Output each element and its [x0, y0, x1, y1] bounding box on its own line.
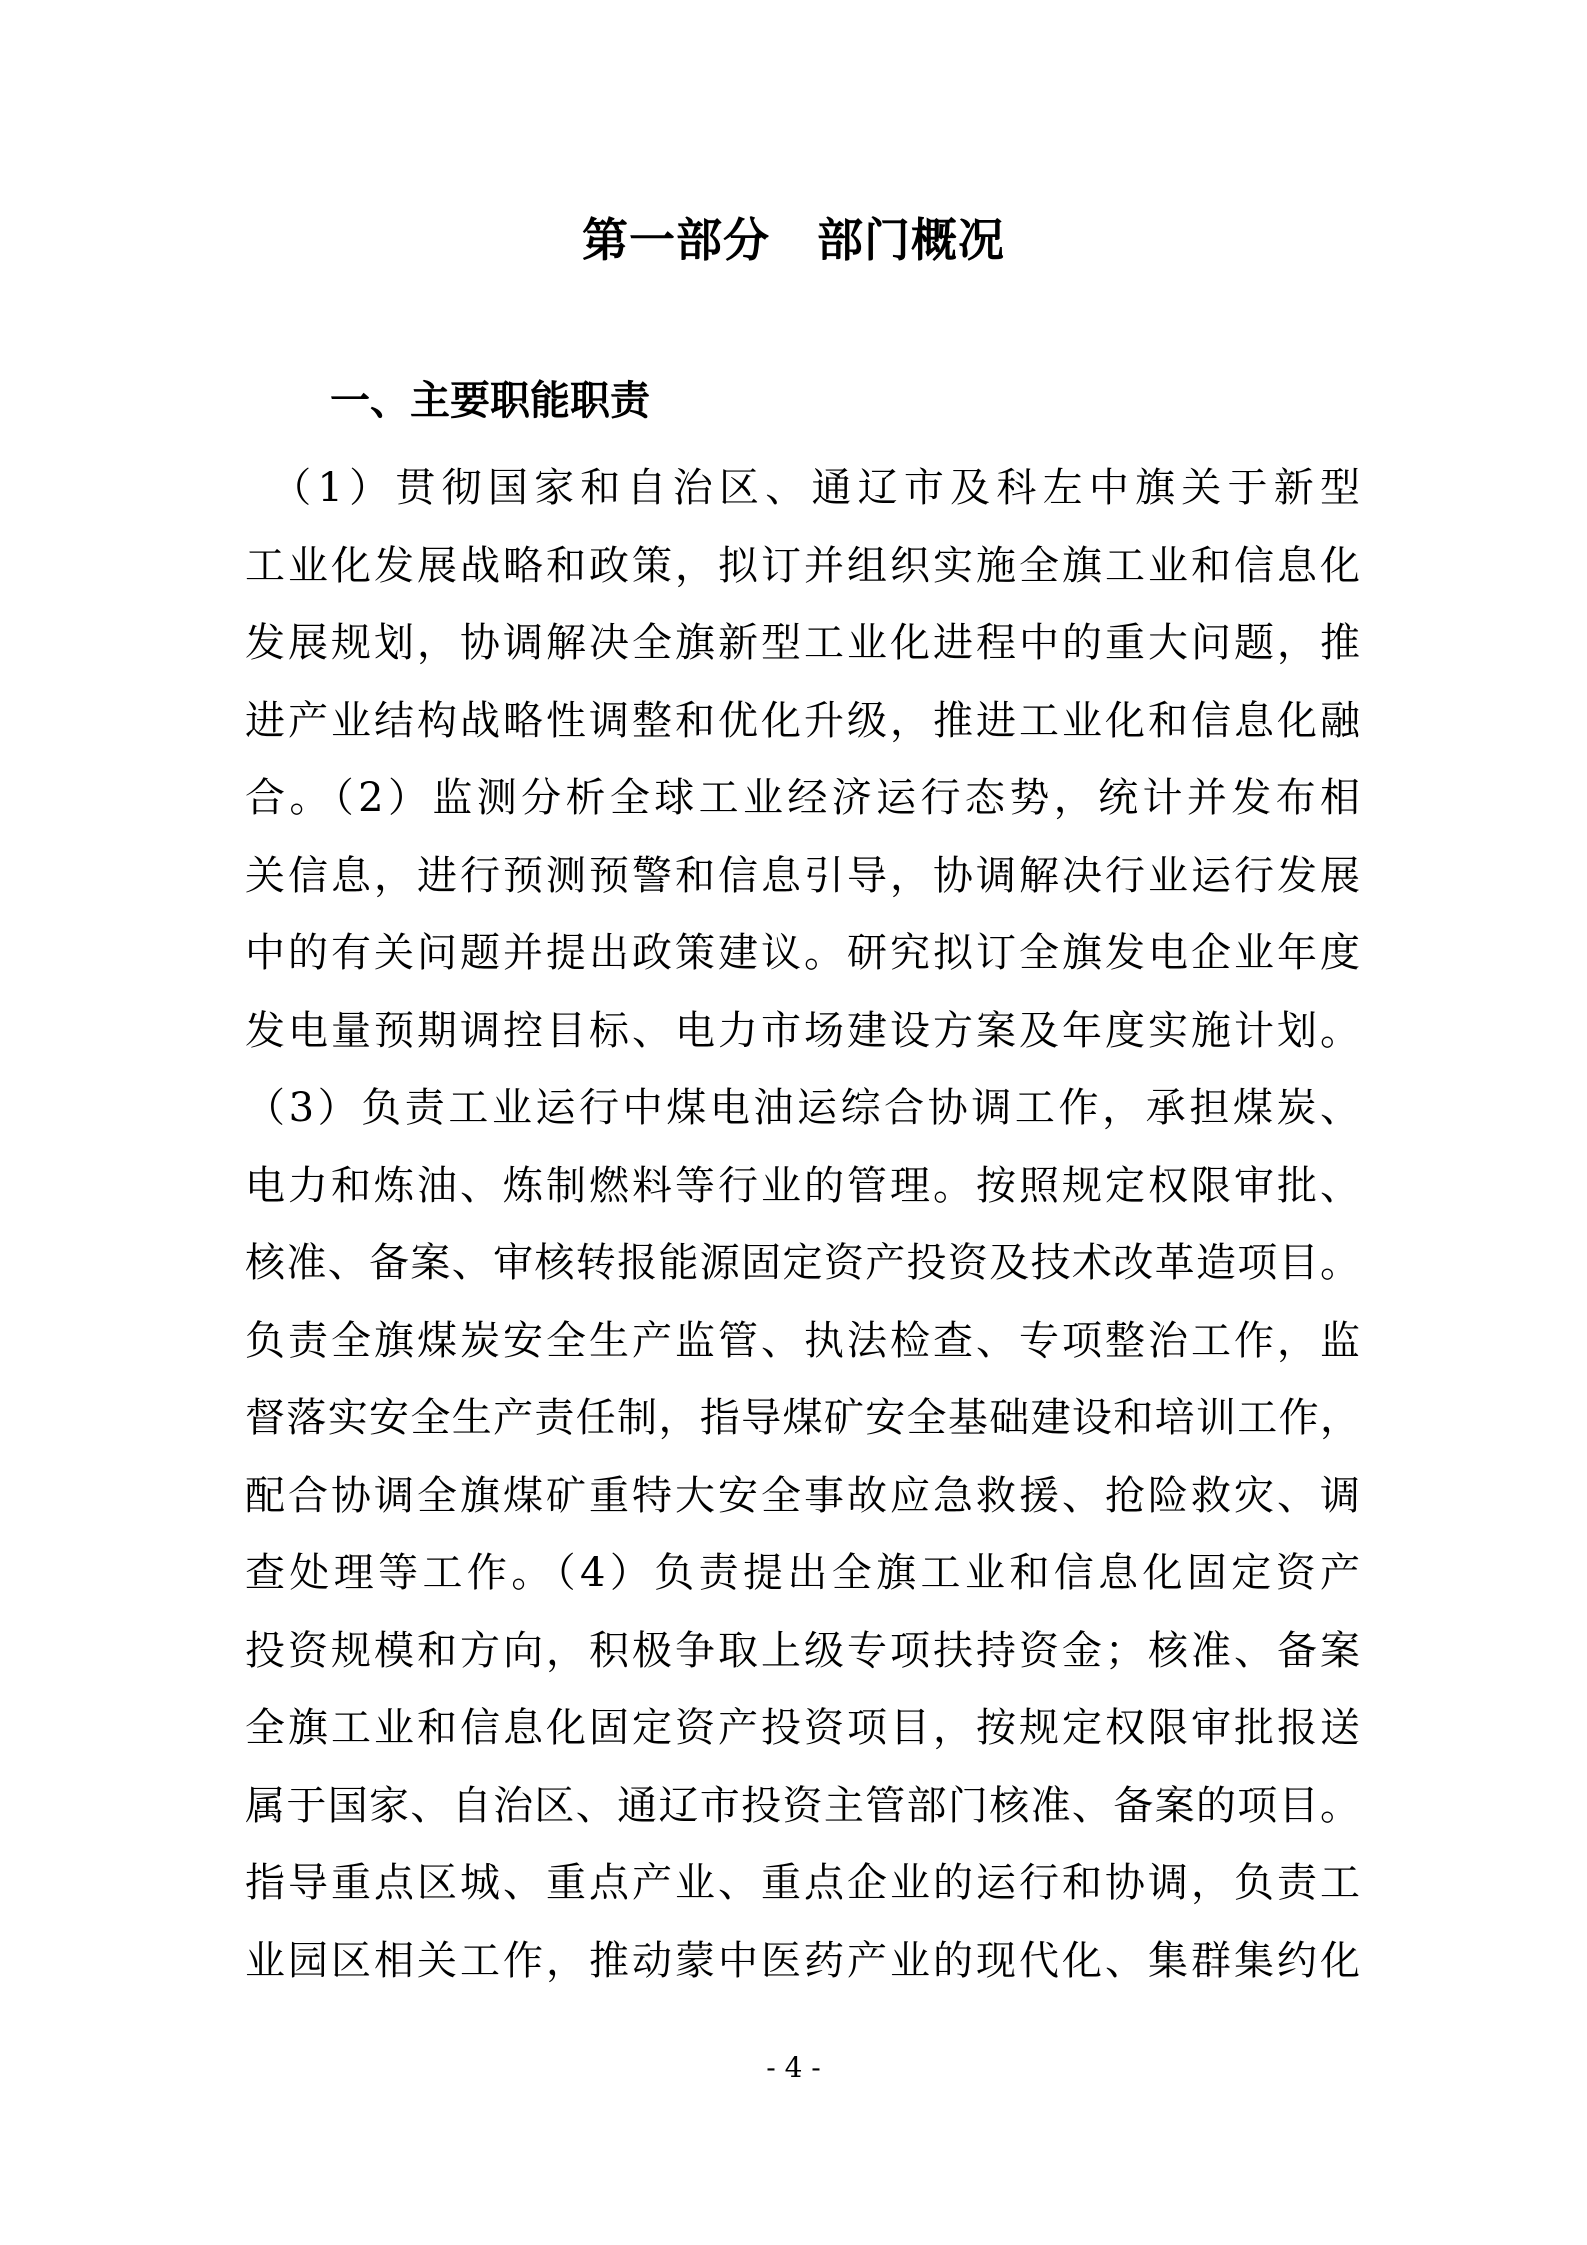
- body-line: 工业化发展战略和政策，拟订并组织实施全旗工业和信息化: [245, 536, 1360, 614]
- body-line: 业园区相关工作，推动蒙中医药产业的现代化、集群集约化: [245, 1931, 1360, 2009]
- body-line: 核准、备案、审核转报能源固定资产投资及技术改革造项目。: [245, 1233, 1360, 1311]
- body-line: 投资规模和方向，积极争取上级专项扶持资金；核准、备案: [245, 1621, 1360, 1699]
- page-number: - 4 -: [0, 2048, 1587, 2088]
- body-line: 指导重点区城、重点产业、重点企业的运行和协调，负责工: [245, 1853, 1360, 1931]
- body-paragraph: （1）贯彻国家和自治区、通辽市及科左中旗关于新型 工业化发展战略和政策，拟订并组…: [245, 458, 1360, 2008]
- body-line: 电力和炼油、炼制燃料等行业的管理。按照规定权限审批、: [245, 1156, 1360, 1234]
- body-line: 负责全旗煤炭安全生产监管、执法检查、专项整治工作，监: [245, 1311, 1360, 1389]
- body-line: 查处理等工作。（4）负责提出全旗工业和信息化固定资产: [245, 1543, 1360, 1621]
- body-line: 督落实安全生产责任制，指导煤矿安全基础建设和培训工作，: [245, 1388, 1360, 1466]
- body-line: 关信息，进行预测预警和信息引导，协调解决行业运行发展: [245, 846, 1360, 924]
- page-title: 第一部分 部门概况: [0, 212, 1587, 268]
- section-heading: 一、主要职能职责: [330, 376, 650, 426]
- body-line: 属于国家、自治区、通辽市投资主管部门核准、备案的项目。: [245, 1776, 1360, 1854]
- body-line: 发展规划，协调解决全旗新型工业化进程中的重大问题，推: [245, 613, 1360, 691]
- body-line: 全旗工业和信息化固定资产投资项目，按规定权限审批报送: [245, 1698, 1360, 1776]
- body-line: 中的有关问题并提出政策建议。研究拟订全旗发电企业年度: [245, 923, 1360, 1001]
- body-line: 配合协调全旗煤矿重特大安全事故应急救援、抢险救灾、调: [245, 1466, 1360, 1544]
- body-line: 合。（2）监测分析全球工业经济运行态势，统计并发布相: [245, 768, 1360, 846]
- body-line: （1）贯彻国家和自治区、通辽市及科左中旗关于新型: [245, 458, 1360, 536]
- body-line: （3）负责工业运行中煤电油运综合协调工作，承担煤炭、: [245, 1078, 1360, 1156]
- body-line: 发电量预期调控目标、电力市场建设方案及年度实施计划。: [245, 1001, 1360, 1079]
- body-line: 进产业结构战略性调整和优化升级，推进工业化和信息化融: [245, 691, 1360, 769]
